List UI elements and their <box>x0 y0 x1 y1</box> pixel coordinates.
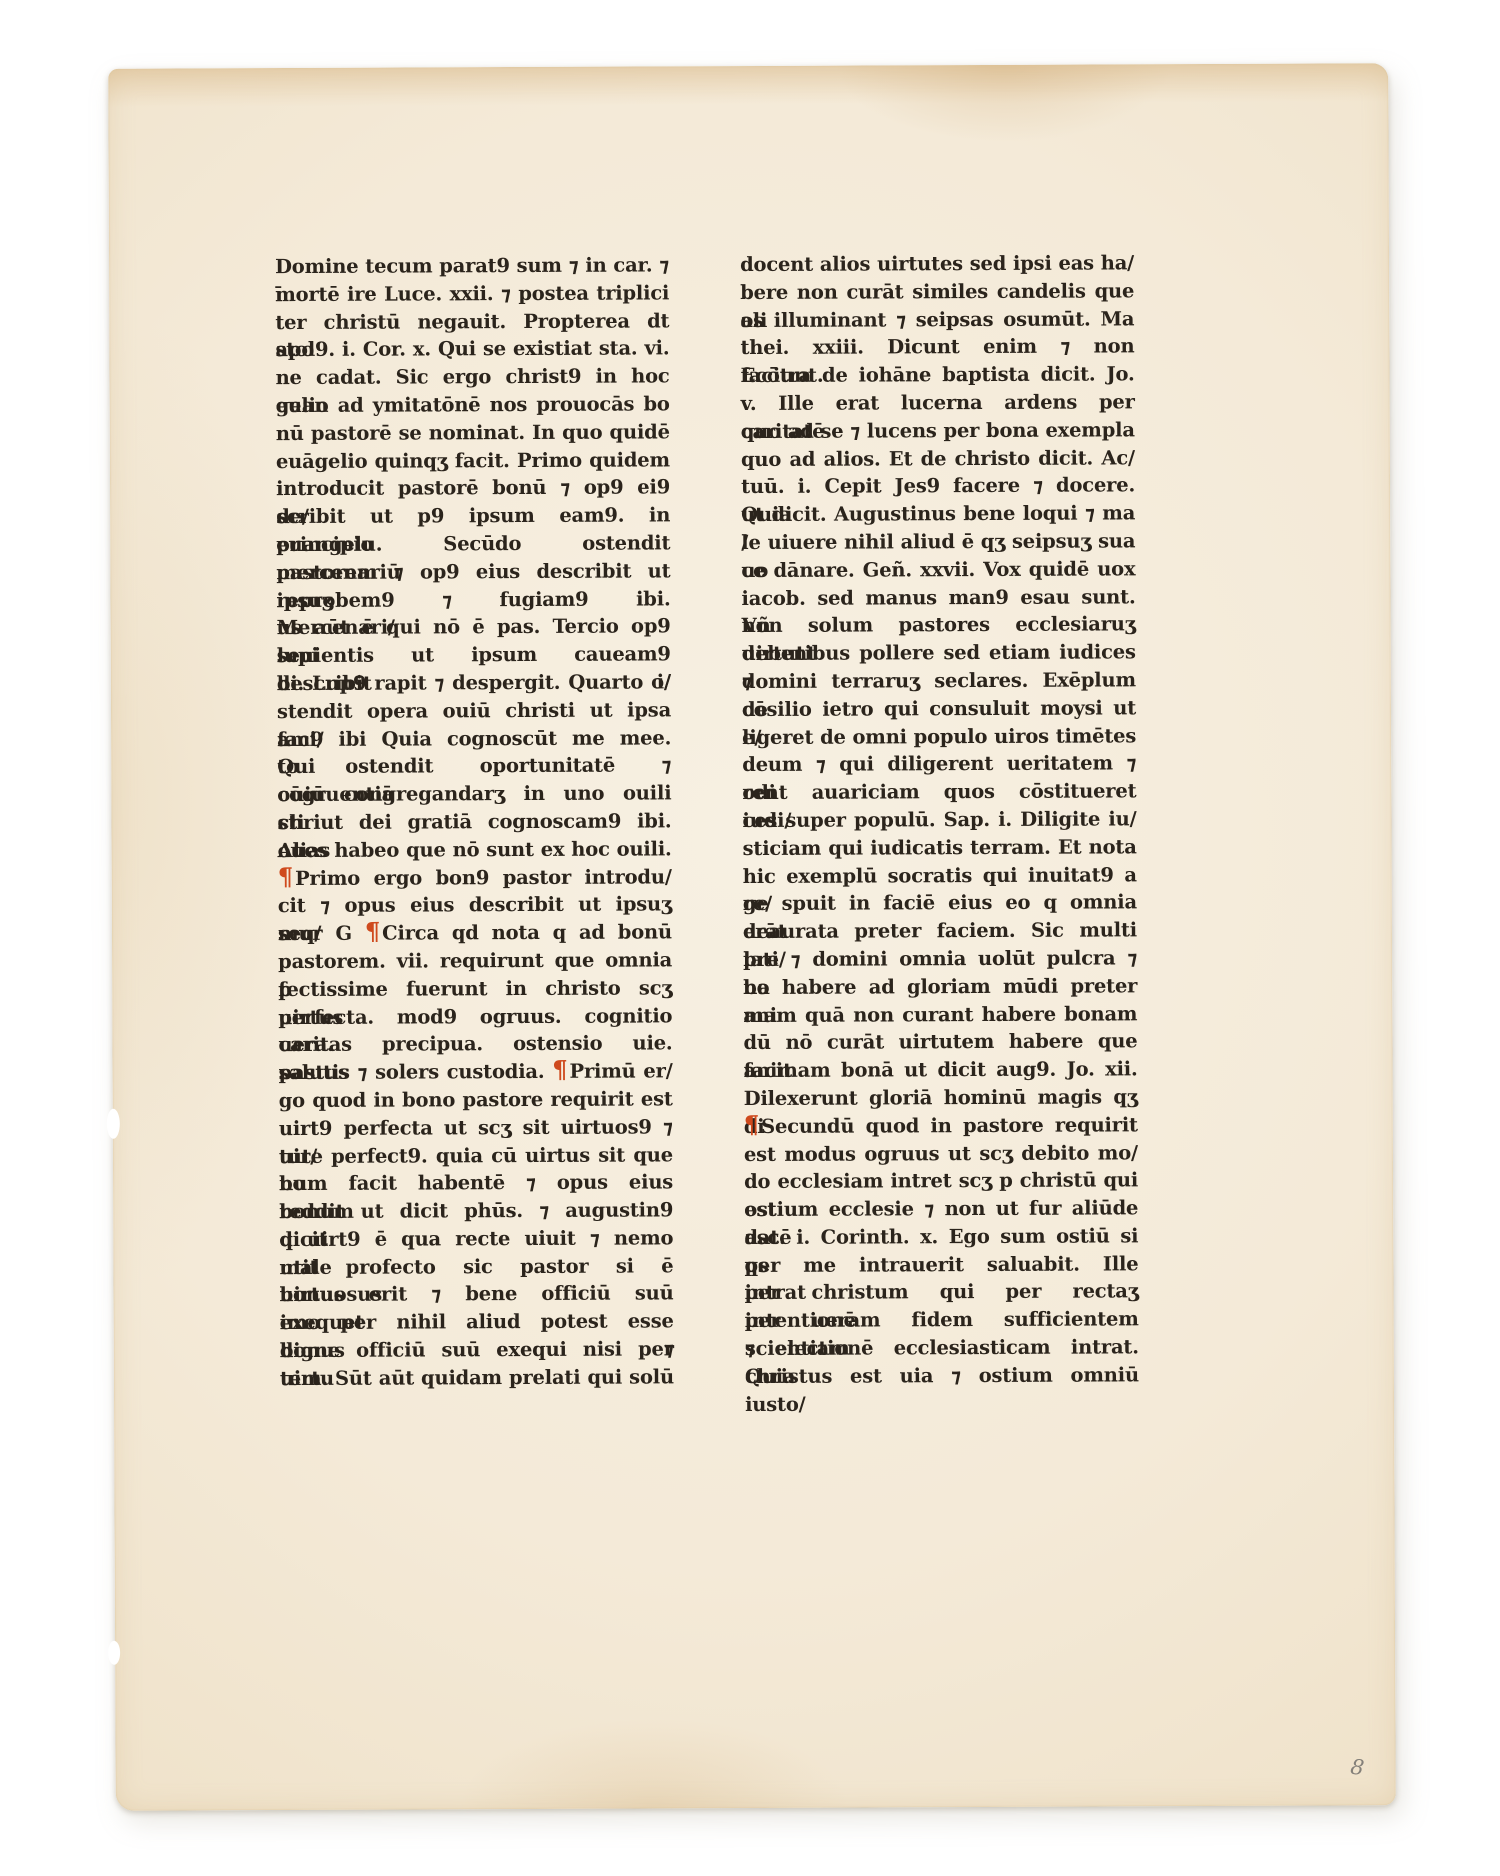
text-line: ⁊ electionē ecclesiasticam intrat. Quia <box>745 1333 1139 1363</box>
text-line: introducit pastorē bonū ⁊ op9 ei9 de/ <box>276 474 670 504</box>
text-line: imo per nihil aliud potest esse bonus ⁊ <box>280 1308 674 1338</box>
text-line: fectissime fuerunt in christo scʒ uirtus <box>278 974 672 1004</box>
text-line: Ecōtra de iohāne baptista dicit. Jo. <box>740 361 1134 391</box>
text-line: thei. xxiii. Dicunt enim ⁊ non faciunt. <box>740 333 1134 363</box>
text-line: us aūt ē qui nō ē pas. Tercio op9 lupi <box>277 613 671 643</box>
text-line: ligeret de omni populo uiros timētes <box>742 722 1136 752</box>
text-line: oues habeo que nō sunt ex hoc ouili. <box>278 835 672 865</box>
text-line: am9 ibi Quia cognoscūt me mee. Qui <box>277 724 671 754</box>
text-line: uirtutibus pollere sed etiam iudices ⁊ <box>742 638 1136 668</box>
text-line: ces super populū. Sap. i. Diligite iu/ <box>742 805 1136 835</box>
text-line: v. Ille erat lucerna ardens per caritatē <box>741 388 1135 418</box>
text-line: tute perfect9. quia cū uirtus sit que bo <box>279 1141 673 1171</box>
text-line: os illuminant ⁊ seipsas osumūt. Ma <box>740 305 1134 335</box>
text-line: reddit ut dicit phūs. ⁊ augustin9 dicit <box>279 1196 673 1226</box>
text-line: ¶Primo ergo bon9 pastor introdu/ <box>278 863 672 893</box>
paper-edge-chip <box>108 1641 120 1665</box>
pilcrow-rubric-mark: ¶ <box>552 1055 569 1084</box>
text-line: seuientis ut ipsum caueam9 describit i/ <box>277 641 671 671</box>
text-line: per ueram fidem sufficientem scientiam <box>745 1306 1139 1336</box>
text-line: rent auariciam quos cōstitueret iudi/ <box>742 777 1136 807</box>
text-column-left: Domine tecum parat9 sum ⁊ in car. ⁊ īmor… <box>275 251 674 1392</box>
text-line: quo ad se ⁊ lucens per bona exempla <box>741 416 1135 446</box>
text-column-right: docent alios uirtutes sed ipsi eas ha/be… <box>740 249 1139 1390</box>
text-line: q uirt9 ē qua recte uiuit ⁊ nemo male <box>279 1224 673 1254</box>
text-line: ut dicit. Augustinus bene loqui ⁊ ma / <box>741 499 1135 529</box>
text-line: deum ⁊ qui diligerent ueritatem ⁊ odi <box>742 750 1136 780</box>
text-line: mur G ¶Circa qd nota q ad bonū <box>278 918 672 948</box>
text-line: pastorem. vii. requirunt que omnia p <box>278 946 672 976</box>
text-line: ne cadat. Sic ergo christ9 in hoc euan <box>275 363 669 393</box>
text-line: non solum pastores ecclesiaruʒ debent <box>742 611 1136 641</box>
text-line: sti ut dei gratiā cognoscam9 ibi. Alias <box>277 807 671 837</box>
text-line: dū nō curāt uirtutem habere que facit <box>743 1028 1137 1058</box>
text-line: na habere ad gloriam mūdi preter ani <box>743 972 1137 1002</box>
text-line: reprobem9 ⁊ fugiam9 ibi. Mercenari/ <box>276 585 670 615</box>
text-line: ce dānare. Geñ. xxvii. Vox quidē uox <box>741 555 1135 585</box>
text-line: dat. i. Corinth. x. Ego sum ostiū si qs <box>744 1222 1138 1252</box>
text-line: Domine tecum parat9 sum ⁊ in car. ⁊ ī <box>275 251 669 281</box>
text-line: per me intrauerit saluabit. Ille intrat <box>744 1250 1138 1280</box>
text-line: lati ⁊ domini omnia uolūt pulcra ⁊ bo <box>743 944 1137 974</box>
photograph-background: Domine tecum parat9 sum ⁊ in car. ⁊ īmor… <box>0 0 1500 1876</box>
text-line: cit ⁊ opus eius describit ut ipsuʒ seq/ <box>278 891 672 921</box>
text-line: hic exemplū socratis qui inuitat9 a re/ <box>743 861 1137 891</box>
text-line: bere non curāt similes candelis que ali <box>740 277 1134 307</box>
text-line: mortē ire Luce. xxii. ⁊ postea triplici <box>275 279 669 309</box>
text-line: caritas precipua. ostensio uie. pastus <box>278 1030 672 1060</box>
text-line: perfecta. mod9 ogruus. cognitio uera. <box>278 1002 672 1032</box>
text-line: iacob. sed manus man9 esau sunt. Vñ <box>741 583 1135 613</box>
text-line: animam bonā ut dicit aug9. Jo. xii. <box>744 1055 1138 1085</box>
text-line: ¶Secundū quod in pastore requirit <box>744 1111 1138 1141</box>
pilcrow-rubric-mark: ¶ <box>744 1110 761 1139</box>
text-line: bonus erit ⁊ bene officiū suū exequet <box>279 1280 673 1310</box>
pilcrow-rubric-mark: ¶ <box>365 917 382 946</box>
text-line: sticiam qui iudicatis terram. Et nota <box>743 833 1137 863</box>
text-line: utit profecto sic pastor si ē uirtuosus <box>279 1252 673 1282</box>
text-line: salutis ⁊ solers custodia. ¶Primū er/ <box>279 1057 673 1087</box>
text-line: ostium ecclesie ⁊ non ut fur aliūde ascē <box>744 1194 1138 1224</box>
text-line: ge spuit in faciē eius eo q omnia erāt <box>743 889 1137 919</box>
text-line: go quod in bono pastore requirit est <box>279 1085 673 1115</box>
text-line: do ecclesiam intret scʒ p christū qui es… <box>744 1167 1138 1197</box>
text-line: uirt9 perfecta ut scʒ sit uirtuos9 ⁊ uir… <box>279 1113 673 1143</box>
paper-edge-chip <box>107 1109 120 1139</box>
text-line: docent alios uirtutes sed ipsi eas ha/ <box>740 249 1134 279</box>
pilcrow-rubric-mark: ¶ <box>278 862 295 891</box>
text-line: gelio ad ymitatōnē nos prouocās bo <box>276 390 670 420</box>
text-line: stendit opera ouiū christi ut ipsa faci/ <box>277 696 671 726</box>
text-line: bi. Lup9 rapit ⁊ despergit. Quarto o/ <box>277 668 671 698</box>
text-block: Domine tecum parat9 sum ⁊ in car. ⁊ īmor… <box>109 248 1389 254</box>
text-line: to ostendit oportunitatē ⁊ cōgruentiā <box>277 752 671 782</box>
text-line: ouiū congregandarʒ in uno ouili chri <box>277 779 671 809</box>
text-line: quo ad alios. Et de christo dicit. Ac/ <box>741 444 1135 474</box>
text-line: Dilexerunt gloriā hominū magis qʒ di <box>744 1083 1138 1113</box>
text-line: stol9. i. Cor. x. Qui se existiat sta. v… <box>275 335 669 365</box>
text-line: num facit habentē ⁊ opus eius bonum <box>279 1169 673 1199</box>
text-line: ter christū negauit. Propterea dt apo <box>275 307 669 337</box>
text-line: christus est uia ⁊ ostium omniū iusto/ <box>745 1361 1139 1391</box>
folio-number-pencil: 8 <box>1349 1755 1365 1781</box>
text-line: scribit ut p9 ipsum eam9. in principio <box>276 502 670 532</box>
text-line: domini terraruʒ seclares. Exēplum de <box>742 666 1136 696</box>
text-line: tuū. i. Cepit Jes9 facere ⁊ docere. Quia <box>741 472 1135 502</box>
text-line: euāgelio quinqʒ facit. Primo quidem <box>276 446 670 476</box>
text-line: tem. Sūt aūt quidam prelati qui solū <box>280 1363 674 1393</box>
text-line: per christum qui per rectaʒ intentionē <box>744 1278 1138 1308</box>
text-line: mam quā non curant habere bonam <box>743 1000 1137 1030</box>
text-line: pastorem ⁊ op9 eius describit ut ipsuʒ <box>276 557 670 587</box>
text-line: est modus ogruus ut scʒ debito mo/ <box>744 1139 1138 1169</box>
text-line: digne officiū suū exequi nisi per uirtu <box>280 1335 674 1365</box>
text-line: euangelu. Secūdo ostendit mercenariū <box>276 529 670 559</box>
text-line: cōsilio ietro qui consuluit moysi ut e/ <box>742 694 1136 724</box>
text-line: le uiuere nihil aliud ē qʒ seipsuʒ sua u… <box>741 527 1135 557</box>
text-line: nū pastorē se nominat. In quo quidē <box>276 418 670 448</box>
text-line: deaurata preter faciem. Sic multi pre/ <box>743 916 1137 946</box>
incunable-leaf: Domine tecum parat9 sum ⁊ in car. ⁊ īmor… <box>108 63 1396 1811</box>
